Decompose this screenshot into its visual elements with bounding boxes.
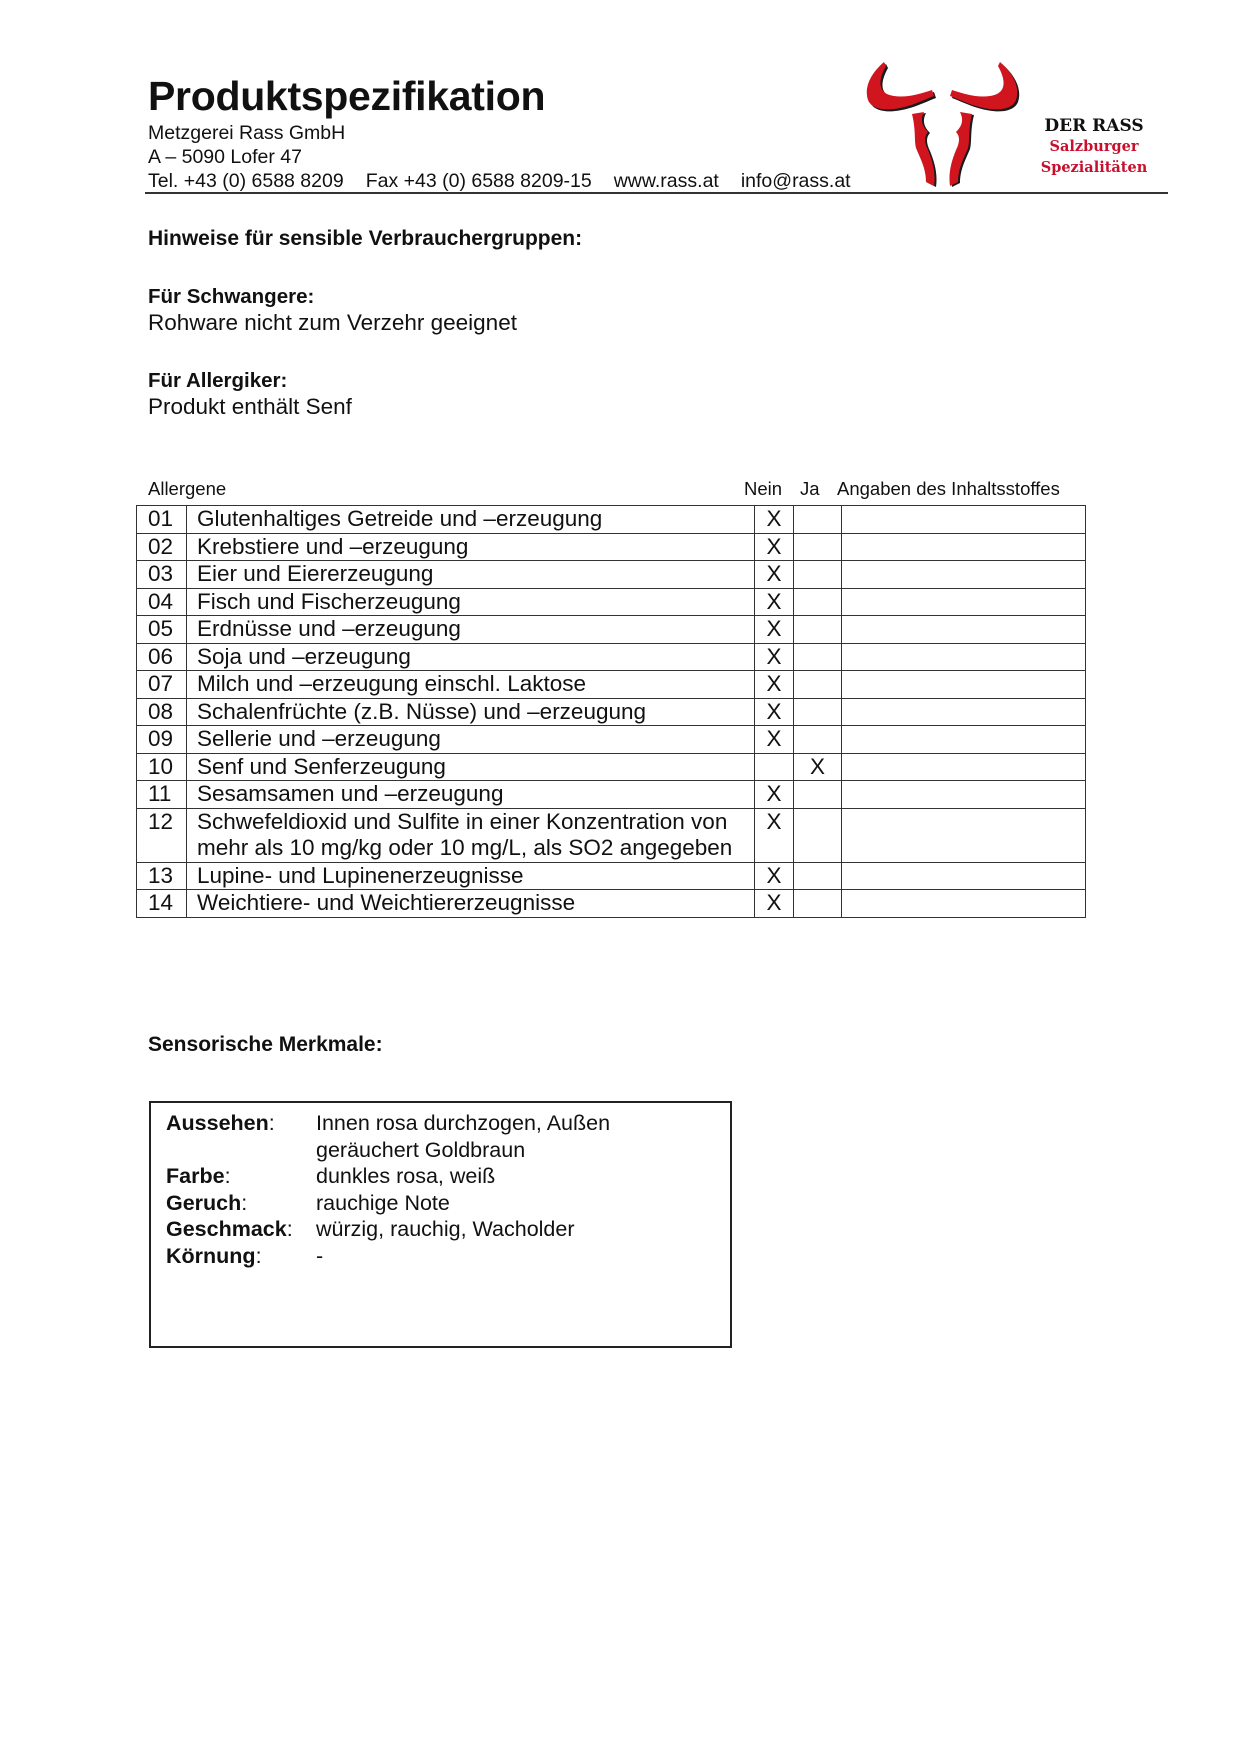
yes-checkbox-cell [794,726,842,754]
details-cell [842,698,1086,726]
table-row: 08Schalenfrüchte (z.B. Nüsse) und –erzeu… [137,698,1086,726]
sensory-item: Farbe:dunkles rosa, weiß [166,1163,646,1190]
allergen-name: Lupine- und Lupinenerzeugnisse [187,862,755,890]
details-cell [842,561,1086,589]
table-row: 09Sellerie und –erzeugungX [137,726,1086,754]
details-cell [842,890,1086,918]
sensory-heading: Sensorische Merkmale: [148,1032,383,1058]
details-cell [842,753,1086,781]
allergen-name: Eier und Eiererzeugung [187,561,755,589]
details-cell [842,588,1086,616]
allergic-text: Produkt enthält Senf [148,393,352,421]
logo-tagline-1: Salzburger [1014,138,1174,155]
yes-checkbox-cell [794,533,842,561]
no-checkbox-cell: X [755,506,794,534]
allergen-name: Sellerie und –erzeugung [187,726,755,754]
sensory-label-text: Farbe [166,1164,225,1188]
no-checkbox-cell: X [755,643,794,671]
no-checkbox-cell: X [755,862,794,890]
notes-heading: Hinweise für sensible Verbrauchergruppen… [148,226,582,252]
pregnant-label: Für Schwangere: [148,284,314,310]
column-header-no: Nein [744,478,782,500]
allergen-number: 08 [137,698,187,726]
allergen-number: 01 [137,506,187,534]
sensory-label: Körnung: [166,1243,316,1270]
yes-checkbox-cell [794,808,842,862]
sensory-value: - [316,1243,646,1270]
sensory-label-text: Geruch [166,1191,241,1215]
no-checkbox-cell: X [755,671,794,699]
company-logo: DER RASS Salzburger Spezialitäten [862,56,1182,190]
allergen-number: 06 [137,643,187,671]
sensory-value: rauchige Note [316,1190,646,1217]
logo-tagline-2: Spezialitäten [1014,159,1174,176]
no-checkbox-cell: X [755,561,794,589]
yes-checkbox-cell [794,890,842,918]
yes-checkbox-cell [794,506,842,534]
yes-checkbox-cell [794,561,842,589]
sensory-label-text: Aussehen [166,1111,269,1135]
table-row: 11Sesamsamen und –erzeugungX [137,781,1086,809]
yes-checkbox-cell [794,671,842,699]
table-row: 03Eier und EiererzeugungX [137,561,1086,589]
table-row: 12Schwefeldioxid und Sulfite in einer Ko… [137,808,1086,862]
allergen-name: Erdnüsse und –erzeugung [187,616,755,644]
sensory-label-text: Körnung [166,1244,256,1268]
details-cell [842,808,1086,862]
yes-checkbox-cell [794,643,842,671]
allergen-number: 03 [137,561,187,589]
no-checkbox-cell: X [755,616,794,644]
table-row: 05Erdnüsse und –erzeugungX [137,616,1086,644]
no-checkbox-cell: X [755,808,794,862]
allergen-number: 09 [137,726,187,754]
allergen-number: 10 [137,753,187,781]
no-checkbox-cell [755,753,794,781]
table-row: 01Glutenhaltiges Getreide und –erzeugung… [137,506,1086,534]
contact-line: Tel. +43 (0) 6588 8209Fax +43 (0) 6588 8… [148,169,869,193]
sensory-value: würzig, rauchig, Wacholder [316,1216,646,1243]
pregnant-text: Rohware nicht zum Verzehr geeignet [148,309,517,337]
page-title: Produktspezifikation [148,72,545,120]
details-cell [842,616,1086,644]
sensory-item: Geschmack:würzig, rauchig, Wacholder [166,1216,646,1243]
table-row: 14Weichtiere- und WeichtiererzeugnisseX [137,890,1086,918]
sensory-label: Geschmack: [166,1216,316,1243]
no-checkbox-cell: X [755,533,794,561]
yes-checkbox-cell [794,698,842,726]
details-cell [842,781,1086,809]
table-row: 10Senf und SenferzeugungX [137,753,1086,781]
allergen-number: 14 [137,890,187,918]
allergen-name: Soja und –erzeugung [187,643,755,671]
details-cell [842,533,1086,561]
allergen-name: Krebstiere und –erzeugung [187,533,755,561]
email-link[interactable]: info@rass.at [741,170,851,192]
allergen-number: 07 [137,671,187,699]
allergic-label: Für Allergiker: [148,368,287,394]
allergen-name: Sesamsamen und –erzeugung [187,781,755,809]
yes-checkbox-cell [794,781,842,809]
sensory-label: Farbe: [166,1163,316,1190]
allergen-name: Senf und Senferzeugung [187,753,755,781]
allergen-name: Glutenhaltiges Getreide und –erzeugung [187,506,755,534]
allergen-table: 01Glutenhaltiges Getreide und –erzeugung… [136,505,1086,918]
company-name: Metzgerei Rass GmbH [148,121,345,145]
allergen-number: 13 [137,862,187,890]
no-checkbox-cell: X [755,588,794,616]
logo-brand-name: DER RASS [1014,116,1174,136]
allergen-number: 02 [137,533,187,561]
yes-checkbox-cell [794,862,842,890]
allergen-name: Milch und –erzeugung einschl. Laktose [187,671,755,699]
no-checkbox-cell: X [755,726,794,754]
details-cell [842,726,1086,754]
sensory-box: Aussehen:Innen rosa durchzogen, Außen ge… [149,1101,732,1348]
allergen-number: 05 [137,616,187,644]
yes-checkbox-cell [794,616,842,644]
allergen-number: 12 [137,808,187,862]
sensory-item: Geruch:rauchige Note [166,1190,646,1217]
allergen-number: 04 [137,588,187,616]
phone-number: Tel. +43 (0) 6588 8209 [148,170,344,192]
details-cell [842,506,1086,534]
yes-checkbox-cell: X [794,753,842,781]
no-checkbox-cell: X [755,698,794,726]
allergen-name: Fisch und Fischerzeugung [187,588,755,616]
table-row: 06Soja und –erzeugungX [137,643,1086,671]
details-cell [842,862,1086,890]
table-row: 04Fisch und FischerzeugungX [137,588,1086,616]
no-checkbox-cell: X [755,890,794,918]
fax-number: Fax +43 (0) 6588 8209-15 [366,170,592,192]
column-header-allergens: Allergene [148,478,226,500]
sensory-label: Geruch: [166,1190,316,1217]
no-checkbox-cell: X [755,781,794,809]
table-row: 07Milch und –erzeugung einschl. LaktoseX [137,671,1086,699]
company-address: A – 5090 Lofer 47 [148,145,302,169]
yes-checkbox-cell [794,588,842,616]
website-link[interactable]: www.rass.at [614,170,719,192]
allergen-number: 11 [137,781,187,809]
allergen-name: Weichtiere- und Weichtiererzeugnisse [187,890,755,918]
header-divider [145,192,1168,194]
bull-head-icon [862,56,1022,190]
column-header-yes: Ja [800,478,820,500]
sensory-item: Körnung:- [166,1243,646,1270]
table-row: 13Lupine- und LupinenerzeugnisseX [137,862,1086,890]
allergen-name: Schalenfrüchte (z.B. Nüsse) und –erzeugu… [187,698,755,726]
sensory-label-text: Geschmack [166,1217,287,1241]
allergen-name: Schwefeldioxid und Sulfite in einer Konz… [187,808,755,862]
sensory-list: Aussehen:Innen rosa durchzogen, Außen ge… [166,1110,646,1269]
table-row: 02Krebstiere und –erzeugungX [137,533,1086,561]
sensory-value: Innen rosa durchzogen, Außen geräuchert … [316,1110,646,1163]
column-header-details: Angaben des Inhaltsstoffes [837,478,1060,500]
details-cell [842,671,1086,699]
details-cell [842,643,1086,671]
sensory-item: Aussehen:Innen rosa durchzogen, Außen ge… [166,1110,646,1163]
sensory-value: dunkles rosa, weiß [316,1163,646,1190]
sensory-label: Aussehen: [166,1110,316,1163]
